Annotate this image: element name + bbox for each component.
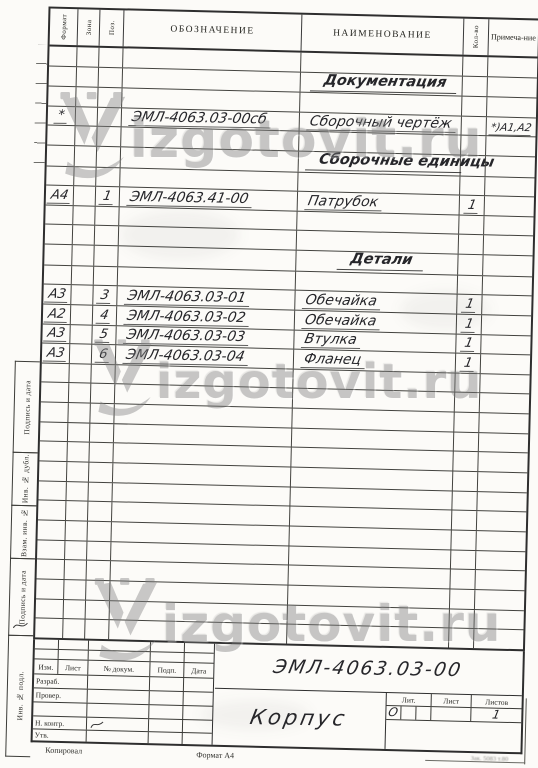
spec-cell-pos: 1 (96, 187, 120, 206)
spec-cell-qty (459, 235, 484, 254)
spec-cell-name (293, 369, 455, 392)
sidebar-cell: Подпись и дата (13, 361, 40, 454)
lit-values-row: О 1 (386, 706, 521, 723)
sidebar-cell: Подпись и дата (8, 558, 35, 637)
listov-label: Листов (472, 695, 522, 708)
spec-cell-note (482, 315, 531, 335)
handwritten-value: Обечайка (302, 293, 383, 310)
spec-cell-note (475, 590, 524, 610)
title-block-right: ЭМЛ-4063.03-00 Корпус Лит. Лист Листов О… (214, 644, 523, 752)
spec-cell-format (38, 520, 66, 539)
spec-cell-name (293, 389, 455, 412)
spec-cell-format (41, 383, 69, 402)
spec-cell-note (481, 335, 530, 355)
spec-cell-format (38, 481, 66, 500)
spec-cell-qty (462, 97, 487, 116)
spec-header-zone: Зона (78, 9, 101, 46)
spec-cell-zone (66, 521, 88, 540)
spec-cell-qty (451, 530, 476, 549)
spec-cell-pos (98, 88, 122, 107)
lit-empty-cell (401, 706, 416, 719)
spec-cell-name (288, 605, 450, 628)
handwritten-value: ЭМЛ-4063.03-03 (123, 328, 251, 346)
spec-cell-note (475, 570, 524, 590)
handwritten-value: Патрубок (304, 194, 384, 211)
list-label: Лист (432, 694, 472, 707)
handwritten-value: 1 (99, 190, 116, 205)
handwritten-mark (89, 719, 105, 728)
spec-cell-qty: 1 (456, 334, 481, 353)
spec-cell-format (35, 619, 63, 638)
spec-cell-pos (99, 67, 123, 87)
spec-cell-pos (88, 502, 112, 521)
spec-cell-zone (76, 107, 98, 126)
handwritten-value: Сборочный чертёж (306, 115, 458, 134)
spec-cell-pos (97, 147, 121, 167)
spec-cell-format (37, 560, 65, 579)
spec-cell-format (47, 126, 75, 145)
spec-cell-zone (75, 127, 97, 146)
spec-cell-zone (73, 206, 95, 225)
spec-cell-note (479, 413, 528, 433)
spec-cell-format (45, 225, 73, 244)
spec-cell-name: Втулка (294, 330, 456, 353)
spec-cell-qty (453, 472, 478, 491)
spec-cell-pos: 3 (93, 286, 117, 305)
scan-smudge (120, 210, 240, 260)
tb-nkontr-label: Н. контр. (33, 716, 87, 729)
tb-razrab-label: Разраб. (34, 674, 88, 688)
spec-cell-qty (449, 629, 474, 648)
spec-cell-zone (69, 384, 91, 403)
spec-cell-pos (86, 600, 110, 619)
spec-cell-format: А4 (46, 186, 74, 205)
sheets-total-cell: 1 (471, 708, 521, 722)
spec-cell-format (44, 265, 72, 284)
spec-cell-zone (65, 560, 87, 579)
handwritten-value: Фланец (300, 352, 367, 369)
spec-cell-note (478, 472, 527, 492)
spec-cell-note (487, 97, 536, 117)
spec-cell-format: А3 (42, 324, 70, 343)
spec-cell-qty (462, 116, 487, 135)
spec-cell-qty (463, 57, 488, 76)
spec-cell-pos (97, 127, 121, 146)
handwritten-value: ЭМЛ-4063.41-00 (126, 190, 254, 208)
spec-body: Документация*ЭМЛ-4063.03-00сбСборочный ч… (35, 47, 537, 650)
spec-cell-pos (91, 384, 115, 403)
spec-cell-pos (90, 423, 114, 442)
spec-cell-note (481, 354, 530, 374)
section-title: Сборочные единицы (305, 152, 465, 172)
frame-corner-line (522, 698, 527, 764)
spec-cell-qty (450, 570, 475, 589)
scanned-sheet: Формат Зона Поз. ОБОЗНАЧЕНИЕ НАИМЕНОВАНИ… (0, 0, 538, 768)
spec-cell-format (38, 501, 66, 520)
handwritten-value: Втулка (301, 332, 363, 349)
spec-cell-note (477, 511, 526, 531)
spec-cell-zone (74, 186, 96, 205)
spec-cell-name: Патрубок (298, 192, 460, 215)
spec-cell-qty (462, 76, 487, 96)
tb-prover-label: Провер. (34, 688, 88, 702)
sheet-number-cell (431, 707, 471, 721)
tb-docnum-label: № докум. (88, 661, 150, 677)
handwritten-value: *)А1,А2 (489, 122, 534, 135)
sidebar-label: Подпись и дата (22, 380, 32, 435)
spec-cell-name (290, 487, 452, 510)
sidebar-cell: Инв. № дубл. (11, 452, 37, 507)
spec-cell-qty (453, 452, 478, 471)
spec-cell-pos (90, 404, 114, 423)
lit-table: Лит. Лист Листов О 1 (385, 693, 521, 752)
title-block-left: Изм. Лист № докум. Подп. Дата Разраб. Пр… (33, 639, 215, 744)
spec-cell-qty (454, 413, 479, 432)
spec-cell-note (476, 531, 525, 551)
spec-cell-name (287, 625, 449, 648)
spec-cell-note (474, 610, 523, 630)
spec-cell-qty (458, 255, 483, 275)
spec-cell-name (288, 585, 450, 608)
tb-list-label: Лист (58, 660, 88, 675)
spec-cell-qty (459, 215, 484, 234)
spec-header-note: Примеча-ние (488, 19, 538, 56)
spec-cell-name (290, 507, 452, 530)
spec-cell-zone (74, 167, 96, 186)
spec-cell-name: Фланец (294, 350, 456, 373)
handwritten-value: 1 (459, 357, 476, 372)
lit-value: О (387, 706, 399, 718)
spec-cell-zone (77, 47, 99, 66)
spec-cell-format (45, 205, 73, 224)
handwritten-value: 6 (95, 348, 112, 363)
spec-cell-pos (89, 443, 113, 462)
spec-cell-zone (64, 580, 86, 599)
section-title: Документация (310, 73, 460, 93)
sidebar-label: Инв. № подл. (15, 671, 25, 721)
spec-cell-pos (85, 620, 109, 639)
spec-cell-pos (87, 561, 111, 580)
spec-cell-format: А3 (42, 344, 70, 363)
sidebar-label: Взам. инв. № (19, 507, 29, 556)
document-number: ЭМЛ-4063.03-00 (269, 657, 468, 680)
spec-cell-note (478, 453, 527, 473)
spec-cell-qty (455, 373, 480, 392)
handwritten-value: ЭМЛ-4063.03-02 (123, 308, 251, 326)
handwritten-value: А4 (46, 188, 72, 203)
spec-cell-name (298, 172, 460, 195)
spec-cell-pos (94, 266, 118, 285)
spec-cell-pos (94, 246, 118, 266)
spec-cell-note (487, 77, 536, 98)
handwritten-value: 5 (95, 328, 112, 343)
spec-cell-format (49, 66, 77, 86)
spec-cell-note (483, 255, 532, 276)
spec-cell-format (40, 403, 68, 422)
spec-cell-zone (70, 325, 92, 344)
spec-cell-note (484, 216, 533, 236)
specification-table: Формат Зона Поз. ОБОЗНАЧЕНИЕ НАИМЕНОВАНИ… (33, 6, 538, 651)
spec-cell-note (480, 394, 529, 414)
spec-cell-qty (461, 156, 486, 176)
spec-header-pos: Поз. (100, 10, 125, 47)
spec-cell-qty (452, 491, 477, 510)
spec-cell-name (289, 546, 451, 569)
lit-value-cell: О (386, 706, 401, 719)
copied-label: Копировал (45, 746, 82, 756)
spec-cell-note (477, 492, 526, 512)
spec-cell-format (48, 87, 76, 106)
spec-cell-note: *)А1,А2 (487, 117, 536, 137)
sidebar-cell: Взам. инв. № (10, 505, 36, 560)
spec-cell-pos (95, 207, 119, 226)
spec-cell-zone (71, 285, 93, 304)
spec-cell-note (485, 196, 534, 216)
spec-cell-zone (73, 226, 95, 245)
spec-cell-pos (88, 482, 112, 501)
handwritten-value: Обечайка (301, 313, 382, 330)
handwritten-value: 1 (460, 337, 477, 352)
spec-cell-pos (99, 48, 123, 67)
spec-cell-name (297, 211, 459, 234)
sidebar-cell: Инв. № подл. (5, 635, 33, 758)
spec-cell-pos: 4 (93, 306, 117, 325)
spec-cell-pos (91, 364, 115, 383)
spec-cell-format: * (48, 106, 76, 125)
handwritten-value: А2 (43, 307, 69, 322)
spec-cell-zone (65, 541, 87, 560)
spec-cell-zone (66, 501, 88, 520)
spec-cell-name (291, 468, 453, 491)
handwritten-value: ЭМЛ-4063.03-00сб (128, 110, 273, 128)
spec-cell-note (476, 551, 525, 571)
spec-cell-name: Сборочный чертёж (300, 112, 462, 135)
spec-cell-pos: 6 (92, 345, 116, 364)
scan-smudge (200, 700, 310, 730)
spec-cell-qty (452, 511, 477, 530)
handwritten-value: 4 (96, 308, 113, 323)
spec-cell-pos (96, 167, 120, 186)
handwritten-value: ЭМЛ-4063.03-01 (124, 289, 252, 307)
spec-cell-zone (70, 344, 92, 363)
document-number-cell: ЭМЛ-4063.03-00 (215, 644, 523, 696)
scan-smudge (400, 290, 490, 330)
spec-cell-format (40, 422, 68, 441)
spec-header-format: Формат (50, 9, 79, 46)
tb-data-label: Дата (184, 663, 213, 678)
spec-cell-note (486, 156, 535, 177)
spec-cell-format: А3 (43, 285, 71, 304)
spec-cell-qty (454, 432, 479, 451)
lit-empty-cell (416, 707, 431, 720)
spec-cell-name (288, 566, 450, 589)
spec-cell-qty (455, 393, 480, 412)
handwritten-value: А3 (44, 288, 70, 303)
spec-cell-zone (72, 245, 94, 265)
spec-cell-zone (69, 364, 91, 383)
spec-cell-name (289, 527, 451, 550)
spec-header-name: НАИМЕНОВАНИЕ (302, 15, 465, 55)
spec-cell-format: А2 (43, 304, 71, 323)
handwritten-value: ЭМЛ-4063.03-04 (122, 348, 250, 366)
spec-cell-pos (86, 580, 110, 599)
lit-label: Лит. (387, 693, 432, 706)
spec-cell-qty (450, 589, 475, 608)
spec-cell-zone (72, 266, 94, 285)
spec-cell-name: Документация (301, 72, 463, 95)
handwritten-value: А3 (43, 327, 69, 342)
spec-cell-zone (68, 423, 90, 442)
spec-cell-note (484, 236, 533, 256)
spec-cell-pos: 5 (92, 325, 116, 344)
spec-cell-pos (87, 541, 111, 560)
spec-cell-zone (67, 462, 89, 481)
handwritten-value: 1 (463, 199, 480, 214)
handwritten-value: 3 (96, 289, 113, 304)
spec-cell-pos (89, 463, 113, 482)
spec-cell-qty: 1 (460, 196, 485, 215)
spec-cell-format (47, 146, 75, 166)
spec-cell-name (300, 93, 462, 116)
spec-cell-format (41, 363, 69, 382)
spec-cell-designation (109, 620, 287, 643)
spec-cell-zone (75, 146, 97, 166)
spec-cell-note (486, 137, 535, 157)
spec-header-designation: ОБОЗНАЧЕНИЕ (124, 10, 303, 50)
section-title: Детали (336, 252, 425, 271)
spec-cell-zone (77, 67, 99, 87)
spec-cell-qty (449, 609, 474, 628)
spec-cell-name (292, 409, 454, 432)
spec-cell-format (36, 599, 64, 618)
spec-cell-pos (88, 522, 112, 541)
spec-cell-zone (76, 87, 98, 106)
spec-cell-qty (461, 136, 486, 155)
spec-cell-zone (68, 403, 90, 422)
spec-cell-name (291, 448, 453, 471)
spec-cell-format (49, 47, 77, 66)
spec-cell-format (37, 540, 65, 559)
title-block: Изм. Лист № докум. Подп. Дата Разраб. Пр… (31, 639, 525, 754)
spec-cell-name: Сборочные единицы (299, 152, 461, 175)
sidebar-label: Инв. № дубл. (20, 454, 30, 503)
spec-cell-note (485, 177, 534, 197)
spec-cell-zone (67, 442, 89, 461)
spec-cell-format (36, 579, 64, 598)
spec-cell-note (480, 374, 529, 394)
spec-cell-pos (95, 226, 119, 245)
spec-cell-zone (71, 305, 93, 324)
spec-cell-note (474, 629, 523, 649)
spec-cell-name (297, 231, 459, 254)
spec-cell-note (479, 433, 528, 453)
handwritten-value: * (54, 109, 69, 124)
tb-utv-label: Утв. (33, 729, 87, 741)
spec-cell-zone (66, 482, 88, 501)
spec-cell-qty (451, 550, 476, 569)
spec-cell-qty: 1 (456, 354, 481, 373)
handwritten-value: А3 (42, 346, 68, 361)
spec-cell-note (483, 276, 532, 296)
spec-cell-format (44, 245, 72, 265)
spec-cell-zone (64, 600, 86, 619)
spec-cell-name: Детали (296, 251, 458, 274)
spec-cell-name (292, 428, 454, 451)
spec-cell-note (488, 57, 537, 77)
spec-cell-zone (63, 619, 85, 638)
sidebar-label: Подпись и дата (17, 570, 27, 625)
tb-podp-label: Подп. (150, 662, 184, 677)
handwritten-mark (12, 619, 28, 631)
format-label: Формат А4 (196, 750, 234, 760)
sheets-total: 1 (491, 709, 501, 721)
spec-cell-format (39, 461, 67, 480)
spec-header-qty: Кол-во (463, 19, 489, 56)
spec-cell-format (39, 442, 67, 461)
spec-cell-format (46, 166, 74, 185)
spec-cell-qty (460, 176, 485, 195)
tb-izm-label: Изм. (34, 659, 58, 674)
spec-cell-pos (98, 108, 122, 127)
